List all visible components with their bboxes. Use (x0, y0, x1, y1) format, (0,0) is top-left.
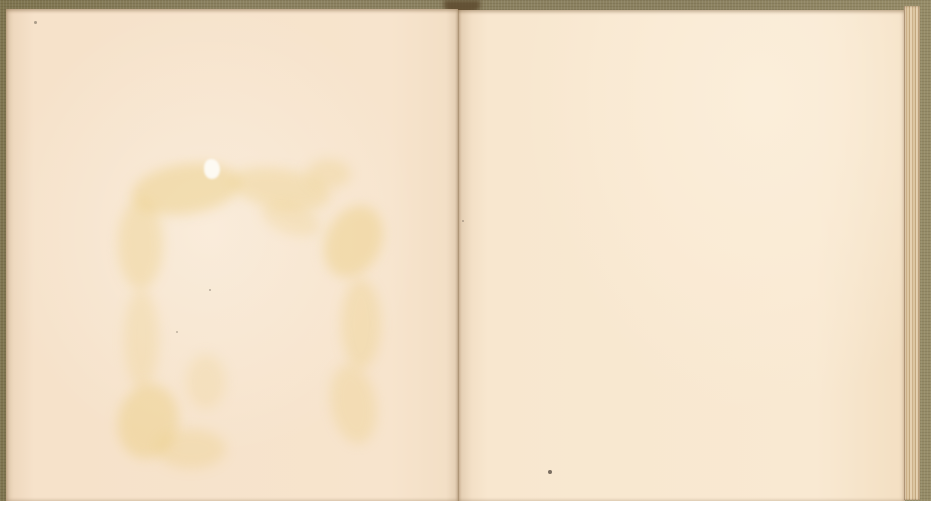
paper-speck (209, 289, 211, 291)
glue-stain (186, 354, 226, 409)
page-fore-edge-stack (904, 6, 920, 500)
photo-background (0, 501, 931, 506)
glue-stain (156, 429, 226, 469)
open-book-photo: A. Einstein. 49. 200 135 (0, 0, 931, 506)
left-endpaper-page (6, 9, 458, 502)
glue-stain (124, 289, 159, 389)
glue-stain (324, 361, 382, 448)
right-flyleaf-page: A. Einstein. 49. 200 135 (458, 10, 905, 502)
paper-speck (176, 331, 178, 333)
paper-speck (462, 220, 464, 222)
paper-speck (548, 470, 552, 474)
paper-speck (34, 21, 37, 24)
paper-chip (204, 159, 220, 179)
book-gutter-crease (458, 9, 459, 502)
glue-stain (118, 199, 163, 289)
book-gutter-shadow (446, 9, 472, 502)
glue-stain (313, 196, 395, 287)
glue-stain (341, 279, 381, 369)
glue-stain (306, 159, 351, 189)
